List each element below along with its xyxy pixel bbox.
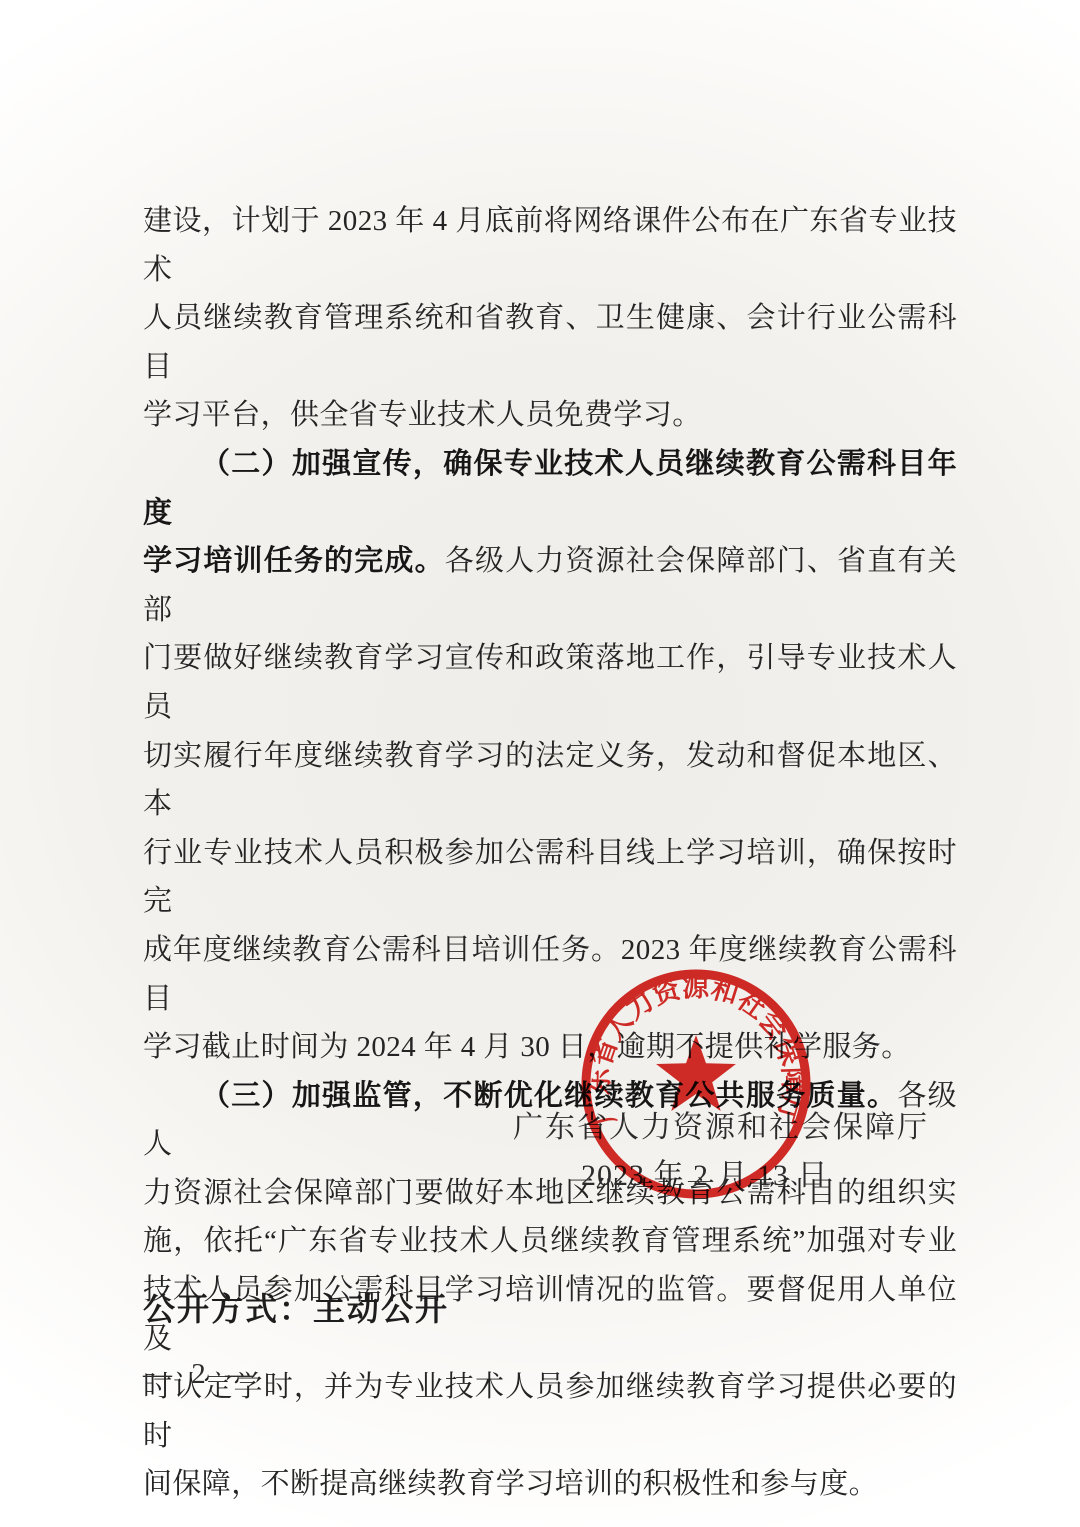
body-line: （二）加强宣传，确保专业技术人员继续教育公需科目年度 (143, 440, 957, 537)
body-line: 间保障，不断提高继续教育学习培训的积极性和参与度。 (143, 1460, 957, 1509)
body-line: 力资源社会保障部门要做好本地区继续教育公需科目的组织实 (143, 1169, 957, 1218)
body-line: 建设，计划于 2023 年 4 月底前将网络课件公布在广东省专业技术 (143, 197, 957, 294)
page-number: — 2 — (143, 1358, 260, 1391)
body-line-bold-segment: （二）加强宣传，确保专业技术人员继续教育公需科目年度 (143, 448, 957, 529)
body-line: 时认定学时，并为专业技术人员参加继续教育学习提供必要的时 (143, 1363, 957, 1460)
seal-graphic: 广东省人力资源和社会保障厅 (577, 965, 815, 1203)
body-line: 门要做好继续教育学习宣传和政策落地工作，引导专业技术人员 (143, 634, 957, 731)
body-line-bold-segment: 学习培训任务的完成。 (143, 545, 445, 577)
seal-star (656, 1035, 736, 1111)
document-page: 建设，计划于 2023 年 4 月底前将网络课件公布在广东省专业技术人员继续教育… (0, 0, 1080, 1527)
body-line: 切实履行年度继续教育学习的法定义务，发动和督促本地区、本 (143, 732, 957, 829)
publish-method: 公开方式：主动公开 (143, 1284, 449, 1330)
body-line: 学习平台，供全省专业技术人员免费学习。 (143, 391, 957, 440)
body-line: 学习培训任务的完成。各级人力资源社会保障部门、省直有关部 (143, 537, 957, 634)
body-line: 施，依托“广东省专业技术人员继续教育管理系统”加强对专业 (143, 1217, 957, 1266)
official-seal: 广东省人力资源和社会保障厅 (577, 965, 815, 1203)
body-line: 成年度继续教育公需科目培训任务。2023 年度继续教育公需科目 (143, 926, 957, 1023)
body-line: 人员继续教育管理系统和省教育、卫生健康、会计行业公需科目 (143, 294, 957, 391)
body-line: 行业专业技术人员积极参加公需科目线上学习培训，确保按时完 (143, 829, 957, 926)
body-line: 学习截止时间为 2024 年 4 月 30 日，逾期不提供补学服务。 (143, 1023, 957, 1072)
